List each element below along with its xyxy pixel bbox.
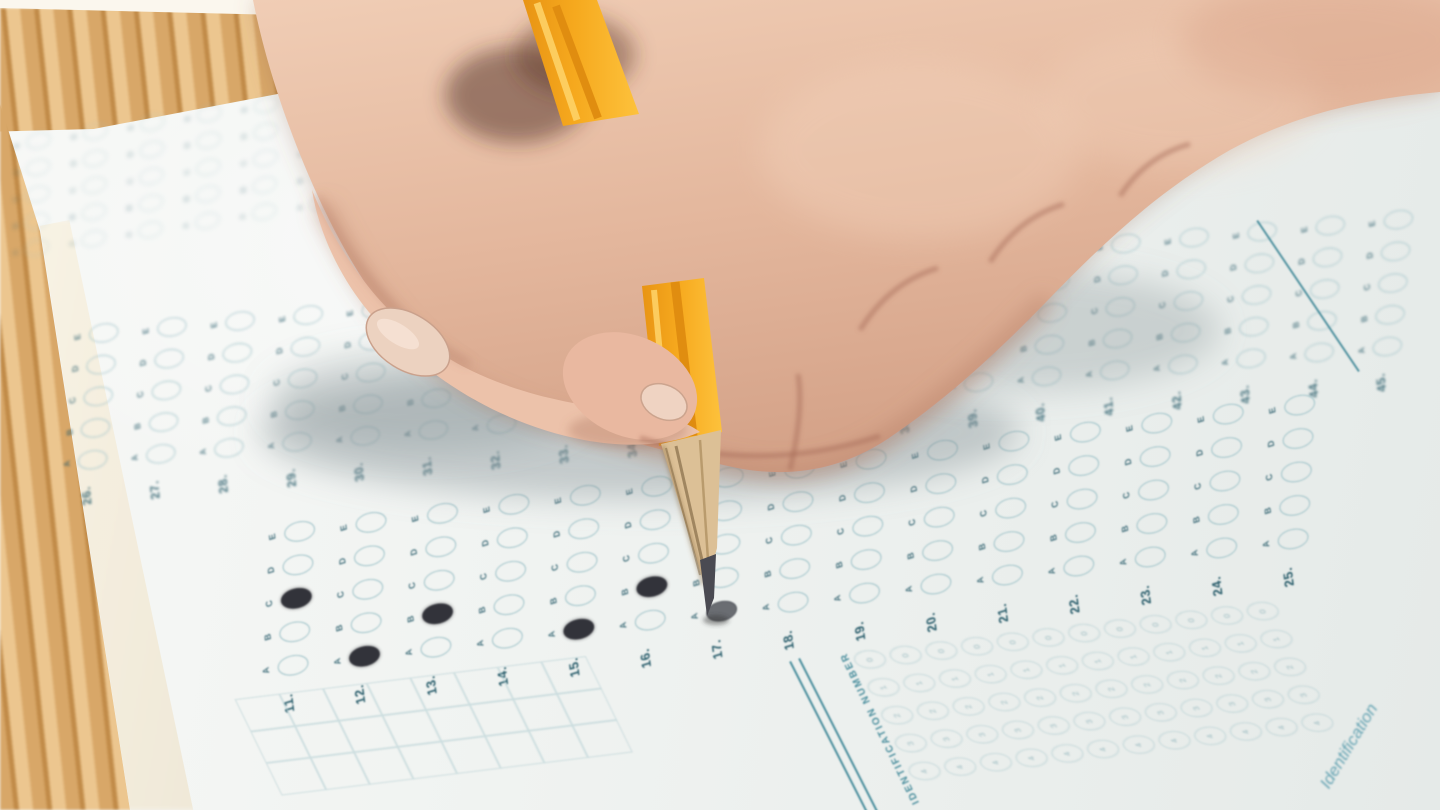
answer-bubble bbox=[854, 481, 886, 505]
answer-bubble bbox=[963, 371, 994, 393]
answer-bubble bbox=[309, 166, 334, 186]
choice-letter: A bbox=[130, 454, 140, 463]
id-digit-bubble: 2 bbox=[985, 691, 1025, 713]
answer-bubble bbox=[829, 352, 860, 374]
choice-letter: E bbox=[696, 478, 707, 487]
answer-bubble bbox=[628, 338, 659, 360]
answer-cell: C bbox=[285, 367, 319, 391]
question-column: 19.ABCDE bbox=[845, 446, 888, 643]
answer-cell: C bbox=[217, 372, 251, 396]
choice-letter: E bbox=[890, 262, 900, 270]
answer-cell: C bbox=[830, 319, 864, 343]
choice-letter: C bbox=[182, 168, 191, 176]
question-column: ABCDE bbox=[136, 112, 165, 250]
answer-bubble bbox=[352, 577, 384, 601]
answer-cell: B bbox=[419, 386, 453, 410]
answer-bubble bbox=[197, 103, 222, 123]
answer-bubble bbox=[138, 220, 163, 240]
choice-letter: D bbox=[297, 123, 306, 131]
id-digit-label: 1 bbox=[1235, 640, 1246, 646]
choice-letter: E bbox=[481, 297, 491, 305]
answer-bubble bbox=[80, 417, 111, 439]
answer-bubble bbox=[423, 356, 454, 378]
question-number: 29. bbox=[283, 466, 304, 489]
choice-letter: A bbox=[125, 231, 134, 239]
answer-bubble bbox=[26, 130, 51, 150]
question-column: 33.ABCDE bbox=[549, 279, 597, 464]
answer-cell: E bbox=[700, 267, 734, 291]
id-digit-label: 1 bbox=[878, 684, 889, 690]
choice-letter: A bbox=[675, 406, 685, 415]
answer-cell: E bbox=[425, 500, 460, 527]
choice-letter: E bbox=[73, 333, 83, 341]
choice-letter: A bbox=[1152, 364, 1162, 373]
answer-cell: D bbox=[780, 488, 815, 515]
choice-letter: B bbox=[1155, 333, 1165, 342]
answer-bubble bbox=[998, 429, 1030, 453]
answer-cell: A bbox=[1302, 341, 1336, 365]
question-column: 15.ABCDE bbox=[559, 482, 602, 679]
question-column: ABCDE bbox=[23, 130, 52, 268]
answer-cell: B bbox=[420, 600, 455, 627]
id-digit-bubble: 4 bbox=[1262, 716, 1302, 738]
question-column: 22.ABCDE bbox=[1059, 419, 1102, 616]
answer-bubble bbox=[361, 298, 392, 320]
id-digit-label: 2 bbox=[928, 708, 939, 714]
answer-cell: E bbox=[427, 291, 461, 315]
id-digit-label: 3 bbox=[1155, 709, 1166, 715]
question-column: ABCDE bbox=[193, 103, 222, 241]
answer-cell: E bbox=[154, 315, 188, 339]
choice-letter: A bbox=[975, 576, 986, 585]
choice-letter: C bbox=[264, 599, 275, 608]
choice-letter: C bbox=[335, 590, 346, 599]
answer-bubble bbox=[1065, 520, 1097, 544]
answer-cell: E bbox=[768, 261, 802, 285]
answer-bubble bbox=[1105, 296, 1136, 318]
answer-bubble bbox=[625, 369, 656, 391]
choice-letter: D bbox=[206, 353, 216, 362]
choice-letter: A bbox=[607, 412, 617, 421]
choice-letter: A bbox=[198, 448, 208, 457]
choice-letter: E bbox=[624, 487, 635, 496]
answer-bubble bbox=[350, 425, 381, 447]
answer-cell: B bbox=[1134, 510, 1169, 537]
answer-cell: A bbox=[347, 643, 382, 670]
choice-letter: B bbox=[610, 380, 620, 389]
answer-bubble bbox=[254, 94, 279, 114]
answer-cell: B bbox=[848, 546, 883, 573]
id-digit-label: 4 bbox=[990, 759, 1001, 765]
choice-letter: E bbox=[1124, 424, 1135, 433]
id-digit-label: 2 bbox=[963, 703, 974, 709]
id-digit-bubble: 3 bbox=[963, 723, 1003, 745]
question-number: 23. bbox=[1137, 582, 1159, 607]
answer-cell: D bbox=[1242, 251, 1276, 275]
choice-letter: B bbox=[882, 356, 892, 365]
answer-bubble bbox=[349, 644, 381, 668]
answer-cell: A bbox=[418, 634, 453, 661]
answer-cell: B bbox=[896, 345, 930, 369]
choice-letter: C bbox=[907, 518, 918, 527]
answer-cell: D bbox=[1378, 239, 1412, 263]
answer-bubble bbox=[974, 245, 1005, 267]
choice-letter: D bbox=[1092, 275, 1102, 284]
answer-cell: C bbox=[421, 355, 455, 379]
id-digit-bubble: 1 bbox=[1114, 646, 1154, 668]
answer-cell: E bbox=[1040, 238, 1074, 262]
question-number: 27. bbox=[147, 478, 168, 501]
answer-cell: A bbox=[1275, 526, 1310, 553]
answer-bubble bbox=[696, 332, 727, 354]
answer-cell: B bbox=[137, 192, 164, 214]
choice-letter: C bbox=[953, 319, 963, 328]
choice-letter: C bbox=[1157, 301, 1167, 310]
answer-bubble bbox=[1281, 460, 1313, 484]
choice-letter: C bbox=[612, 349, 622, 358]
answer-cell: B bbox=[194, 183, 221, 205]
id-digit-bubble: 2 bbox=[1199, 665, 1239, 687]
id-digit-label: 1 bbox=[914, 680, 925, 686]
choice-letter: B bbox=[239, 186, 248, 194]
id-digit-label: 4 bbox=[1169, 737, 1180, 743]
answer-cell: E bbox=[1210, 401, 1245, 428]
id-digit-bubble: 0 bbox=[922, 640, 962, 662]
answer-cell: A bbox=[489, 625, 524, 652]
answer-bubble bbox=[565, 280, 596, 302]
choice-letter: C bbox=[1362, 283, 1372, 292]
answer-bubble bbox=[699, 300, 730, 322]
question-column: 20.ABCDE bbox=[916, 437, 959, 634]
answer-bubble bbox=[425, 535, 457, 559]
answer-bubble bbox=[782, 490, 814, 514]
answer-cell: A bbox=[211, 436, 245, 460]
answer-cell: E bbox=[1313, 214, 1347, 238]
choice-letter: C bbox=[692, 545, 703, 554]
answer-bubble bbox=[493, 593, 525, 617]
answer-cell: C bbox=[967, 307, 1001, 331]
answer-cell: D bbox=[152, 347, 186, 371]
answer-cell: E bbox=[853, 446, 888, 473]
answer-cell: D bbox=[833, 287, 867, 311]
answer-cell: C bbox=[350, 576, 385, 603]
choice-letter: C bbox=[1193, 482, 1204, 491]
id-digit-bubble: 3 bbox=[1213, 693, 1253, 715]
choice-letter: D bbox=[274, 347, 284, 356]
answer-bubble bbox=[77, 449, 108, 471]
choice-letter: E bbox=[297, 97, 306, 104]
answer-bubble bbox=[631, 306, 662, 328]
id-digit-bubble: 0 bbox=[1172, 609, 1212, 631]
id-digit-label: 2 bbox=[1035, 695, 1046, 701]
question-column: 39.ABCDE bbox=[958, 243, 1006, 428]
answer-cell: E bbox=[996, 428, 1031, 455]
question-number: 16. bbox=[637, 645, 659, 670]
answer-cell: E bbox=[81, 121, 108, 143]
choice-letter: A bbox=[539, 418, 549, 427]
choice-letter: B bbox=[1018, 345, 1028, 354]
answer-bubble bbox=[83, 121, 108, 141]
id-digit-bubble: 3 bbox=[998, 719, 1038, 741]
answer-cell: C bbox=[1103, 295, 1137, 319]
answer-bubble bbox=[784, 456, 816, 480]
answer-cell: B bbox=[1168, 321, 1202, 345]
choice-letter: B bbox=[1191, 515, 1202, 524]
answer-cell: A bbox=[75, 448, 109, 472]
choice-letter: A bbox=[618, 621, 629, 630]
choice-letter: B bbox=[337, 404, 347, 413]
choice-letter: A bbox=[68, 240, 77, 248]
answer-bubble bbox=[26, 157, 51, 177]
answer-bubble bbox=[1377, 272, 1408, 294]
answer-cell: B bbox=[214, 404, 248, 428]
answer-cell: D bbox=[637, 506, 672, 533]
choice-letter: E bbox=[1196, 415, 1207, 424]
answer-cell: E bbox=[1067, 419, 1102, 446]
answer-cell: A bbox=[275, 652, 310, 679]
id-digit-bubble: 2 bbox=[1020, 687, 1060, 709]
choice-letter: A bbox=[11, 249, 20, 257]
answer-bubble bbox=[779, 557, 811, 581]
choice-letter: A bbox=[1118, 558, 1129, 567]
answer-cell: A bbox=[80, 228, 107, 250]
id-digit-bubble: 1 bbox=[971, 663, 1011, 685]
choice-letter: E bbox=[345, 309, 355, 317]
answer-bubble bbox=[139, 193, 164, 213]
answer-cell: B bbox=[991, 528, 1026, 555]
choice-letter: B bbox=[262, 633, 273, 642]
answer-bubble bbox=[1247, 221, 1278, 243]
answer-bubble bbox=[761, 358, 792, 380]
answer-cell: E bbox=[138, 112, 165, 134]
choice-letter: D bbox=[1024, 281, 1034, 290]
answer-cell: C bbox=[81, 384, 115, 408]
answer-cell: C bbox=[1035, 301, 1069, 325]
id-digit-label: 4 bbox=[1062, 750, 1073, 756]
question-number: 31. bbox=[420, 454, 441, 477]
id-digit-label: 0 bbox=[1186, 617, 1197, 623]
answer-cell: A bbox=[893, 376, 927, 400]
answer-bubble bbox=[781, 523, 813, 547]
question-column: 18.ABCDE bbox=[773, 455, 816, 652]
answer-cell: C bbox=[490, 349, 524, 373]
answer-bubble bbox=[354, 544, 386, 568]
id-digit-label: 1 bbox=[1200, 645, 1211, 651]
id-digit-bubble: 0 bbox=[1100, 618, 1140, 640]
answer-cell: A bbox=[1097, 358, 1131, 382]
answer-cell: B bbox=[777, 555, 812, 582]
answer-cell: D bbox=[424, 323, 458, 347]
answer-cell: A bbox=[552, 406, 586, 430]
id-digit-label: 2 bbox=[1213, 673, 1224, 679]
id-digit-label: 3 bbox=[1227, 701, 1238, 707]
choice-letter: D bbox=[1297, 257, 1307, 266]
choice-letter: E bbox=[754, 273, 764, 281]
answer-cell: A bbox=[918, 571, 953, 598]
answer-bubble bbox=[277, 653, 309, 677]
choice-letter: D bbox=[908, 484, 919, 493]
choice-letter: B bbox=[834, 560, 845, 569]
id-digit-label: 1 bbox=[985, 671, 996, 677]
id-digit-label: 3 bbox=[977, 731, 988, 737]
answer-bubble bbox=[925, 472, 957, 496]
answer-bubble bbox=[222, 342, 253, 364]
id-digit-label: 0 bbox=[865, 656, 876, 662]
question-column: 29.ABCDE bbox=[277, 303, 325, 488]
choice-letter: A bbox=[1046, 567, 1057, 576]
answer-bubble bbox=[81, 229, 106, 249]
answer-bubble bbox=[1136, 511, 1168, 535]
choice-letter: B bbox=[182, 195, 191, 203]
question-column: 28.ABCDE bbox=[208, 309, 256, 494]
answer-cell: D bbox=[423, 534, 458, 561]
answer-cell: A bbox=[561, 616, 596, 643]
answer-cell: B bbox=[146, 410, 180, 434]
answer-cell: D bbox=[356, 329, 390, 353]
id-digit-bubble: 1 bbox=[935, 668, 975, 690]
choice-letter: E bbox=[267, 532, 278, 541]
answer-bubble bbox=[1277, 527, 1309, 551]
answer-bubble bbox=[568, 517, 600, 541]
answer-bubble bbox=[638, 541, 670, 565]
answer-bubble bbox=[293, 304, 324, 326]
question-column: ABCDE bbox=[79, 121, 108, 259]
answer-bubble bbox=[352, 393, 383, 415]
answer-bubble bbox=[1380, 240, 1411, 262]
answer-cell: E bbox=[904, 249, 938, 273]
answer-bubble bbox=[554, 407, 585, 429]
answer-cell: C bbox=[850, 513, 885, 540]
answer-bubble bbox=[498, 492, 530, 516]
answer-cell: D bbox=[566, 516, 601, 543]
choice-letter: D bbox=[480, 539, 491, 548]
id-digit-label: 3 bbox=[905, 740, 916, 746]
id-digit-bubble: 1 bbox=[1185, 637, 1225, 659]
id-digit-bubble: 4 bbox=[1083, 738, 1123, 760]
choice-letter: B bbox=[1119, 524, 1130, 533]
choice-letter: D bbox=[138, 359, 148, 368]
answer-bubble bbox=[922, 538, 954, 562]
answer-bubble bbox=[1206, 536, 1238, 560]
choice-letter: C bbox=[1021, 313, 1031, 322]
id-digit-label: 4 bbox=[1240, 729, 1251, 735]
answer-bubble bbox=[852, 514, 884, 538]
answer-cell: B bbox=[78, 416, 112, 440]
id-digit-bubble: 0 bbox=[1064, 622, 1104, 644]
choice-letter: C bbox=[1226, 295, 1236, 304]
answer-bubble bbox=[195, 211, 220, 231]
id-digit-label: 2 bbox=[1106, 686, 1117, 692]
answer-cell: C bbox=[636, 540, 671, 567]
answer-cell: A bbox=[1165, 352, 1199, 376]
choice-letter: A bbox=[1261, 540, 1272, 549]
id-digit-bubble: 3 bbox=[1248, 688, 1288, 710]
answer-bubble bbox=[195, 184, 220, 204]
answer-cell: D bbox=[252, 120, 279, 142]
answer-cell: D bbox=[309, 111, 336, 133]
answer-cell: D bbox=[288, 335, 322, 359]
answer-bubble bbox=[1173, 290, 1204, 312]
choice-letter: A bbox=[1084, 370, 1094, 379]
choice-letter: E bbox=[410, 514, 421, 523]
choice-letter: A bbox=[181, 222, 190, 230]
answer-cell: E bbox=[1282, 392, 1317, 419]
choice-letter: A bbox=[689, 612, 700, 621]
answer-bubble bbox=[1282, 426, 1314, 450]
answer-bubble bbox=[355, 510, 387, 534]
answer-cell: A bbox=[1204, 535, 1239, 562]
answer-cell: C bbox=[194, 156, 221, 178]
choice-letter: A bbox=[261, 666, 272, 675]
question-column: ABCDE bbox=[250, 94, 279, 232]
answer-cell: C bbox=[707, 531, 742, 558]
choice-letter: A bbox=[948, 382, 958, 391]
choice-letter: C bbox=[978, 509, 989, 518]
answer-cell: B bbox=[1373, 303, 1407, 327]
id-digit-label: 0 bbox=[900, 652, 911, 658]
answer-cell: E bbox=[1139, 410, 1174, 437]
id-digit-bubble: 4 bbox=[940, 756, 980, 778]
answer-cell: E bbox=[309, 84, 336, 106]
question-column: 36.ABCDE bbox=[754, 261, 802, 446]
answer-cell: E bbox=[291, 303, 325, 327]
choice-letter: D bbox=[1160, 269, 1170, 278]
choice-letter: D bbox=[1051, 466, 1062, 475]
id-digit-label: 3 bbox=[1048, 723, 1059, 729]
choice-letter: A bbox=[332, 657, 343, 666]
answer-cell: D bbox=[1280, 425, 1315, 452]
choice-letter: D bbox=[751, 305, 761, 314]
answer-cell: C bbox=[1375, 271, 1409, 295]
answer-bubble bbox=[252, 175, 277, 195]
answer-cell: A bbox=[961, 370, 995, 394]
choice-letter: D bbox=[266, 566, 277, 575]
answer-bubble bbox=[280, 586, 312, 610]
id-digit-label: 0 bbox=[1257, 608, 1268, 614]
answer-cell: B bbox=[827, 351, 861, 375]
choice-letter: D bbox=[69, 160, 78, 168]
choice-letter: B bbox=[1262, 506, 1273, 515]
choice-letter: D bbox=[766, 502, 777, 511]
answer-cell: E bbox=[353, 509, 388, 536]
answer-bubble bbox=[279, 620, 311, 644]
answer-bubble bbox=[1176, 258, 1207, 280]
question-column: ABCDE bbox=[307, 84, 336, 222]
answer-bubble bbox=[996, 463, 1028, 487]
answer-cell: E bbox=[1245, 220, 1279, 244]
choice-letter: D bbox=[1266, 439, 1277, 448]
answer-cell: A bbox=[193, 210, 220, 232]
choice-letter: E bbox=[141, 327, 151, 335]
id-digit-bubble: 3 bbox=[1141, 701, 1181, 723]
answer-bubble bbox=[196, 157, 221, 177]
id-digit-label: 4 bbox=[919, 768, 930, 774]
answer-bubble bbox=[422, 602, 454, 626]
answer-bubble bbox=[83, 148, 108, 168]
choice-letter: B bbox=[678, 374, 688, 383]
answer-cell: C bbox=[251, 147, 278, 169]
answer-bubble bbox=[920, 572, 952, 596]
answer-cell: E bbox=[925, 437, 960, 464]
answer-cell: C bbox=[1171, 289, 1205, 313]
answer-cell: A bbox=[688, 394, 722, 418]
answer-bubble bbox=[418, 419, 449, 441]
choice-letter: D bbox=[1123, 457, 1134, 466]
answer-bubble bbox=[777, 590, 809, 614]
choice-letter: D bbox=[183, 142, 192, 150]
choice-letter: D bbox=[12, 169, 21, 177]
answer-bubble bbox=[1063, 554, 1095, 578]
